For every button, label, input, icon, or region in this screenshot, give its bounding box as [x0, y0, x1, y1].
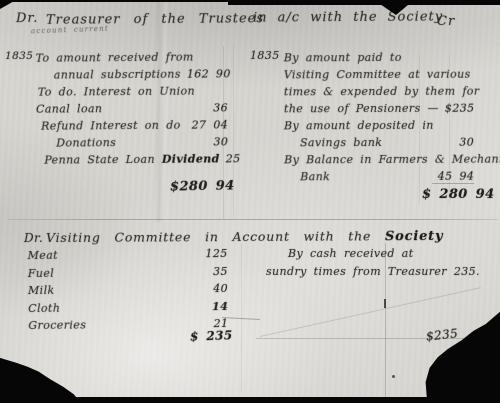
dr-label: Dr. [16, 11, 38, 26]
entry-text: Donations [56, 134, 116, 151]
entry-amount [222, 82, 228, 99]
committee-credit-line-2: sundry times from Treasurer 235. [266, 265, 480, 278]
ledger-row: Refund Interest on do 27 04 [36, 116, 228, 134]
entry-amount [468, 49, 474, 66]
committee-header: Visiting Committee in Account with the S… [46, 228, 443, 246]
expense-label: Meat [28, 247, 59, 265]
cr-label: Cr [437, 14, 455, 29]
entry-text-part: Penna State Loan [44, 153, 155, 167]
expense-label: Cloth [28, 299, 60, 317]
expense-amount: 125 [199, 245, 227, 263]
expense-lines: Meat 125 Fuel 35 Milk 40 Cloth 14 Grocer… [28, 245, 229, 335]
entry-text: Penna State Loan Dividend [44, 150, 219, 168]
entry-amount [479, 83, 485, 100]
entry-amount [222, 48, 228, 65]
entry-text: By amount deposited in [284, 117, 434, 135]
entry-amount: $235 [439, 100, 475, 117]
expense-row: Cloth 14 [28, 297, 228, 317]
entry-text: By Balance in Farmers & Mechanics [284, 151, 500, 169]
total-rule [432, 183, 474, 184]
committee-dr-label: Dr. [24, 231, 43, 245]
debit-lines: To amount received from annual subscript… [36, 48, 229, 151]
ledger-row: the use of Pensioners — $235 [284, 100, 474, 118]
entry-text: the use of Pensioners — [284, 100, 439, 118]
expense-amount: 35 [207, 262, 228, 280]
debit-year-label: 1835 [5, 50, 33, 62]
treasurer-debit-column: To amount received from annual subscript… [36, 48, 229, 168]
entry-amount: 36 [207, 99, 228, 116]
entry-amount: 162 90 [181, 65, 231, 82]
entry-text: times & expended by them for [284, 83, 480, 101]
ledger-row: Visiting Committee at various [284, 66, 474, 84]
ledger-row: To amount received from [36, 48, 228, 66]
ledger-row: By amount deposited in [284, 117, 474, 135]
column-rule [241, 243, 242, 393]
entry-text: Canal loan [36, 100, 103, 117]
expenses-total: $ 235 [190, 328, 233, 343]
committee-credit-line-1: By cash received at [288, 247, 414, 260]
ink-mark [392, 375, 395, 378]
photo-edge-top [228, 0, 500, 5]
entry-text: By amount paid to [284, 49, 402, 66]
entry-text: Savings bank [300, 134, 382, 151]
entry-amount [471, 66, 477, 83]
ledger-photo: Dr. account current Treasurer of the Tru… [0, 0, 500, 403]
committee-title: Visiting Committee in Account with the [46, 228, 371, 245]
entry-text: To do. Interest on Union [38, 83, 195, 101]
crease-line [385, 243, 386, 397]
entry-text: Bank [300, 168, 330, 185]
entry-text: Refund Interest on do [41, 117, 181, 135]
entry-amount: 30 [453, 134, 474, 151]
expenses-column: Meat 125 Fuel 35 Milk 40 Cloth 14 Grocer… [28, 245, 229, 335]
account-title-left: Treasurer of the Trustees [46, 11, 264, 28]
ledger-row: By Balance in Farmers & Mechanics [284, 151, 474, 169]
entry-text: Visiting Committee at various [284, 66, 471, 84]
entry-amount: 27 04 [186, 116, 229, 133]
entry-amount [468, 117, 474, 134]
ledger-row: To do. Interest on Union [36, 82, 228, 100]
credit-total: $ 280 94 [422, 187, 495, 202]
expense-label: Groceries [28, 316, 86, 334]
entry-text-emphasis: Dividend [162, 152, 220, 165]
photo-edge-top [0, 0, 230, 2]
expense-row: Fuel 35 [28, 262, 228, 282]
credit-year-label: 1835 [250, 49, 280, 62]
ledger-row: times & expended by them for [284, 83, 474, 101]
ledger-row: Donations 30 [36, 133, 228, 151]
ledger-row: By amount paid to [284, 49, 474, 67]
entry-text: To amount received from [36, 49, 194, 67]
entry-amount: 30 [207, 133, 228, 150]
expense-label: Fuel [28, 264, 55, 282]
ledger-row: Canal loan 36 [36, 99, 228, 117]
ledger-row: Savings bank 30 [284, 134, 474, 152]
treasurer-credit-column: By amount paid to Visiting Committee at … [284, 49, 474, 186]
section-divider-line [8, 219, 498, 220]
expense-row: Milk 40 [28, 280, 228, 300]
debit-total: $280 94 [170, 178, 235, 194]
expense-amount: 40 [207, 280, 228, 298]
expense-label: Milk [28, 282, 55, 300]
entry-text: annual subscriptions [54, 66, 181, 84]
expense-row: Meat 125 [28, 245, 228, 265]
committee-title-society: Society [385, 229, 443, 244]
ledger-row: Penna State Loan Dividend 25 [36, 150, 228, 168]
ink-mark [384, 299, 386, 308]
credit-lines: By amount paid to Visiting Committee at … [284, 49, 474, 186]
account-title-right: in a/c with the Society [253, 10, 443, 26]
ledger-row: annual subscriptions 162 90 [36, 65, 228, 83]
entry-amount: 25 [220, 150, 241, 167]
expense-amount: 14 [206, 297, 228, 315]
